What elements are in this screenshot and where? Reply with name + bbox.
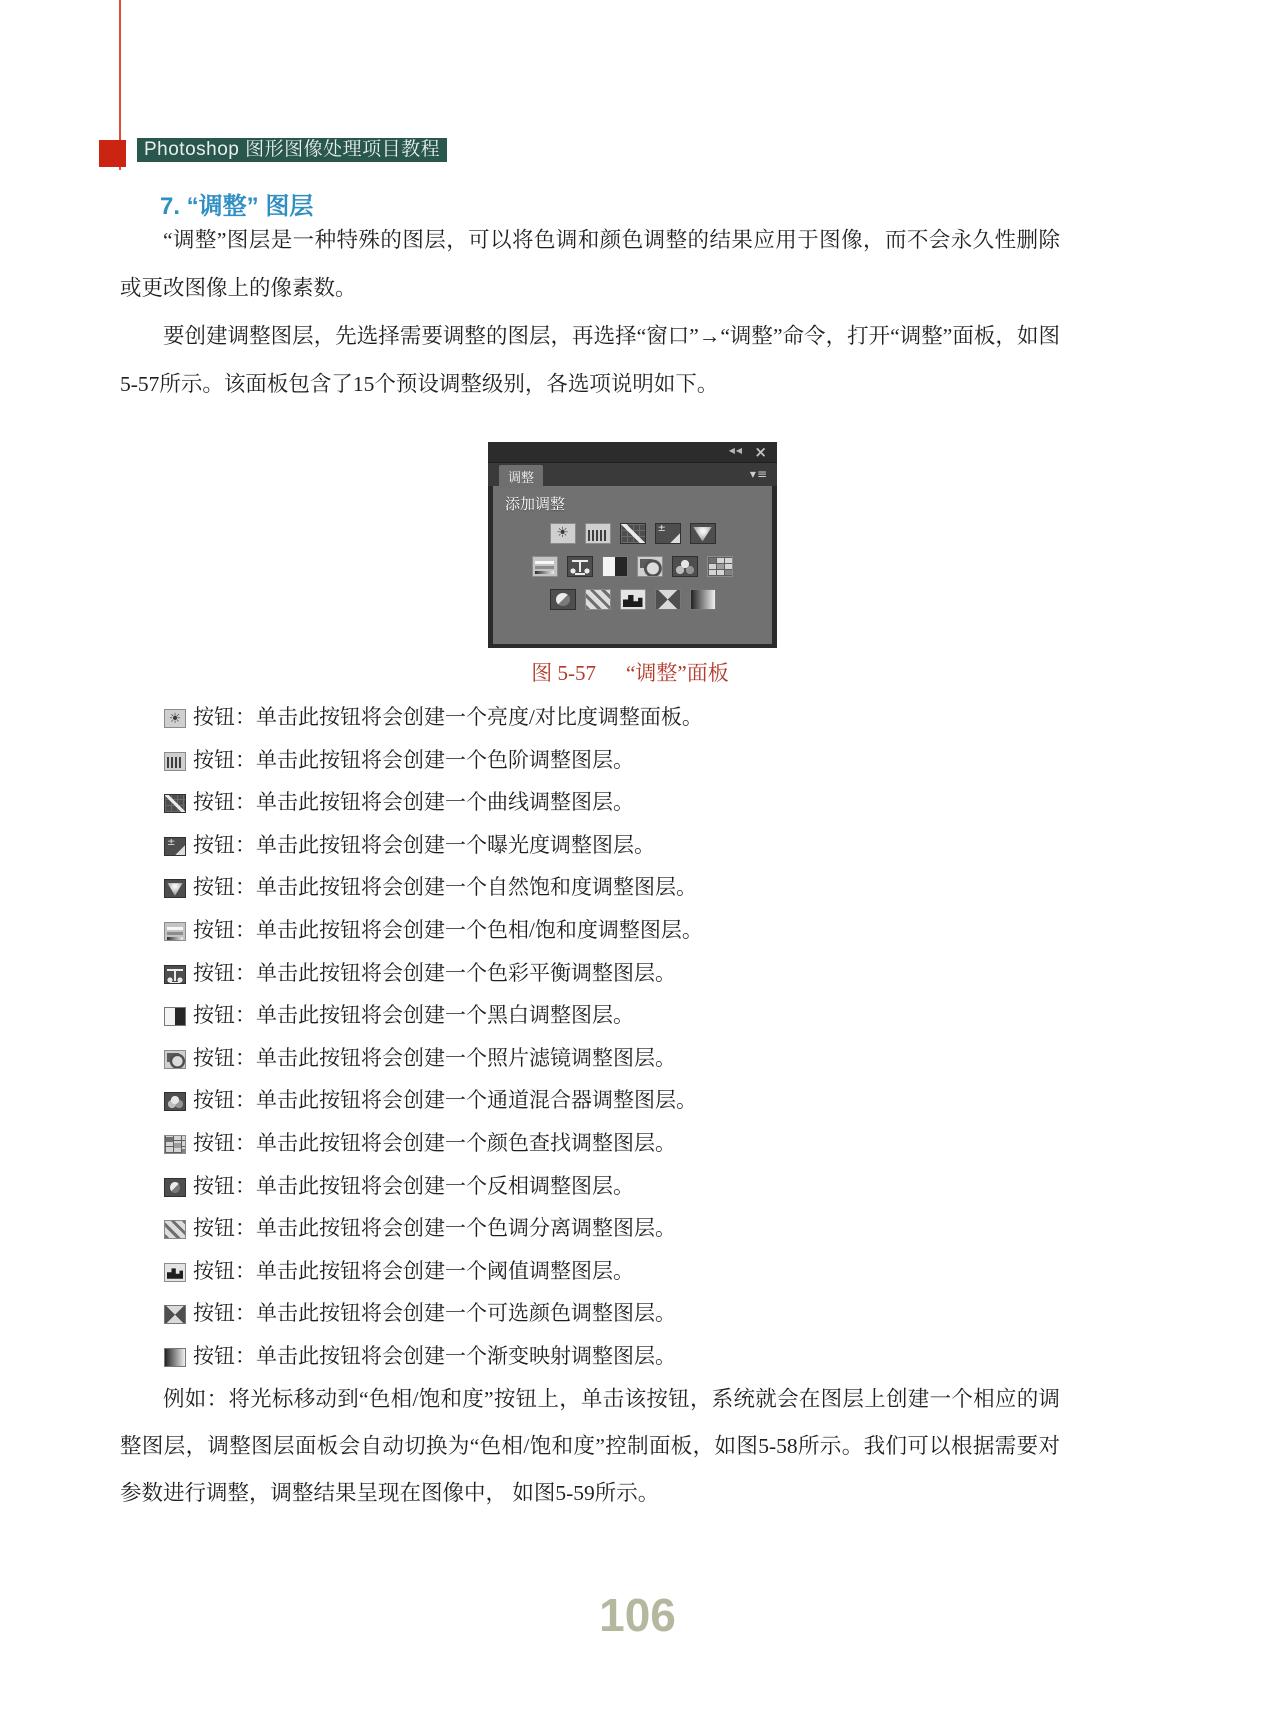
panel-tab-bar: 调整 ▾≡ xyxy=(488,462,777,486)
figure-caption-title: “调整”面板 xyxy=(626,661,729,685)
adjustments-panel-figure: ◀◀ × 调整 ▾≡ 添加调整 xyxy=(488,442,777,648)
add-adjustment-label: 添加调整 xyxy=(505,493,772,514)
color-balance-icon xyxy=(567,556,593,577)
button-description-item: 按钮：单击此按钮将会创建一个通道混合器调整图层。 xyxy=(164,1079,1120,1122)
paragraph-1: “调整”图层是一种特殊的图层，可以将色调和颜色调整的结果应用于图像，而不会永久性… xyxy=(120,216,1060,312)
vibrance-icon xyxy=(164,879,186,898)
adjustment-button-descriptions: 按钮：单击此按钮将会创建一个亮度/对比度调整面板。按钮：单击此按钮将会创建一个色… xyxy=(120,696,1120,1378)
button-description-text: 按钮：单击此按钮将会创建一个色彩平衡调整图层。 xyxy=(193,961,676,985)
button-description-item: 按钮：单击此按钮将会创建一个亮度/对比度调整面板。 xyxy=(164,696,1120,739)
figure-caption: 图 5-57“调整”面板 xyxy=(430,657,830,687)
button-description-item: 按钮：单击此按钮将会创建一个阈值调整图层。 xyxy=(164,1250,1120,1293)
button-description-text: 按钮：单击此按钮将会创建一个照片滤镜调整图层。 xyxy=(193,1046,676,1070)
button-description-item: 按钮：单击此按钮将会创建一个黑白调整图层。 xyxy=(164,994,1120,1037)
adjustment-icon-row xyxy=(493,556,772,577)
button-description-text: 按钮：单击此按钮将会创建一个曲线调整图层。 xyxy=(193,790,634,814)
black-white-icon xyxy=(164,1007,186,1026)
button-description-text: 按钮：单击此按钮将会创建一个反相调整图层。 xyxy=(193,1174,634,1198)
selective-color-icon xyxy=(655,589,681,610)
levels-icon xyxy=(585,523,611,544)
channel-mixer-icon xyxy=(164,1092,186,1111)
figure-caption-label: 图 5-57 xyxy=(531,661,596,685)
photo-filter-icon xyxy=(637,556,663,577)
exposure-icon xyxy=(655,523,681,544)
button-description-text: 按钮：单击此按钮将会创建一个可选颜色调整图层。 xyxy=(193,1301,676,1325)
panel-menu-icon: ▾≡ xyxy=(750,467,768,481)
invert-icon xyxy=(550,589,576,610)
gradient-map-icon xyxy=(164,1348,186,1367)
intro-paragraphs: “调整”图层是一种特殊的图层，可以将色调和颜色调整的结果应用于图像，而不会永久性… xyxy=(120,216,1060,408)
black-white-icon xyxy=(602,556,628,577)
button-description-text: 按钮：单击此按钮将会创建一个亮度/对比度调整面板。 xyxy=(193,705,703,729)
button-description-item: 按钮：单击此按钮将会创建一个色调分离调整图层。 xyxy=(164,1207,1120,1250)
curves-icon xyxy=(620,523,646,544)
color-lookup-icon xyxy=(707,556,733,577)
exposure-icon xyxy=(164,837,186,856)
tab-adjustments: 调整 xyxy=(499,465,543,489)
channel-mixer-icon xyxy=(672,556,698,577)
button-description-text: 按钮：单击此按钮将会创建一个通道混合器调整图层。 xyxy=(193,1088,697,1112)
hue-saturation-icon xyxy=(532,556,558,577)
button-description-item: 按钮：单击此按钮将会创建一个色阶调整图层。 xyxy=(164,739,1120,782)
button-description-item: 按钮：单击此按钮将会创建一个色相/饱和度调整图层。 xyxy=(164,909,1120,952)
adjustment-icon-grid xyxy=(493,523,772,610)
button-description-item: 按钮：单击此按钮将会创建一个渐变映射调整图层。 xyxy=(164,1335,1120,1378)
button-description-item: 按钮：单击此按钮将会创建一个颜色查找调整图层。 xyxy=(164,1122,1120,1165)
button-description-text: 按钮：单击此按钮将会创建一个渐变映射调整图层。 xyxy=(193,1344,676,1368)
button-description-item: 按钮：单击此按钮将会创建一个自然饱和度调整图层。 xyxy=(164,866,1120,909)
button-description-text: 按钮：单击此按钮将会创建一个色相/饱和度调整图层。 xyxy=(193,918,703,942)
collapse-to-icons-icon: ◀◀ xyxy=(729,446,743,455)
button-description-text: 按钮：单击此按钮将会创建一个自然饱和度调整图层。 xyxy=(193,875,697,899)
levels-icon xyxy=(164,752,186,771)
button-description-text: 按钮：单击此按钮将会创建一个阈值调整图层。 xyxy=(193,1259,634,1283)
button-description-text: 按钮：单击此按钮将会创建一个黑白调整图层。 xyxy=(193,1003,634,1027)
gradient-map-icon xyxy=(690,589,716,610)
button-description-text: 按钮：单击此按钮将会创建一个色阶调整图层。 xyxy=(193,748,634,772)
page-number: 106 xyxy=(0,1588,1275,1642)
color-lookup-icon xyxy=(164,1135,186,1154)
adjustment-icon-row xyxy=(493,589,772,610)
posterize-icon xyxy=(585,589,611,610)
button-description-text: 按钮：单击此按钮将会创建一个颜色查找调整图层。 xyxy=(193,1131,676,1155)
paragraph-2: 要创建调整图层，先选择需要调整的图层，再选择“窗口”→“调整”命令，打开“调整”… xyxy=(120,312,1060,408)
button-description-item: 按钮：单击此按钮将会创建一个可选颜色调整图层。 xyxy=(164,1292,1120,1335)
photo-filter-icon xyxy=(164,1050,186,1069)
hue-saturation-icon xyxy=(164,922,186,941)
button-description-item: 按钮：单击此按钮将会创建一个反相调整图层。 xyxy=(164,1165,1120,1208)
vibrance-icon xyxy=(690,523,716,544)
brightness-contrast-icon xyxy=(550,523,576,544)
button-description-item: 按钮：单击此按钮将会创建一个色彩平衡调整图层。 xyxy=(164,952,1120,995)
running-header-title: Photoshop 图形图像处理项目教程 xyxy=(137,138,447,162)
button-description-text: 按钮：单击此按钮将会创建一个色调分离调整图层。 xyxy=(193,1216,676,1240)
book-page: Photoshop 图形图像处理项目教程 7. “调整” 图层 “调整”图层是一… xyxy=(0,0,1275,1718)
panel-title-bar: ◀◀ × xyxy=(488,442,777,462)
adjustment-icon-row xyxy=(493,523,772,544)
button-description-text: 按钮：单击此按钮将会创建一个曝光度调整图层。 xyxy=(193,833,655,857)
chapter-marker-square xyxy=(99,140,126,167)
posterize-icon xyxy=(164,1220,186,1239)
selective-color-icon xyxy=(164,1305,186,1324)
close-icon: × xyxy=(754,443,767,461)
threshold-icon xyxy=(620,589,646,610)
button-description-item: 按钮：单击此按钮将会创建一个曝光度调整图层。 xyxy=(164,824,1120,867)
invert-icon xyxy=(164,1178,186,1197)
closing-paragraph: 例如：将光标移动到“色相/饱和度”按钮上，单击该按钮，系统就会在图层上创建一个相… xyxy=(120,1376,1060,1517)
curves-icon xyxy=(164,794,186,813)
panel-body: 添加调整 xyxy=(493,486,772,644)
button-description-item: 按钮：单击此按钮将会创建一个曲线调整图层。 xyxy=(164,781,1120,824)
paragraph-3: 例如：将光标移动到“色相/饱和度”按钮上，单击该按钮，系统就会在图层上创建一个相… xyxy=(120,1376,1060,1517)
color-balance-icon xyxy=(164,965,186,984)
button-description-item: 按钮：单击此按钮将会创建一个照片滤镜调整图层。 xyxy=(164,1037,1120,1080)
threshold-icon xyxy=(164,1263,186,1282)
brightness-contrast-icon xyxy=(164,709,186,728)
